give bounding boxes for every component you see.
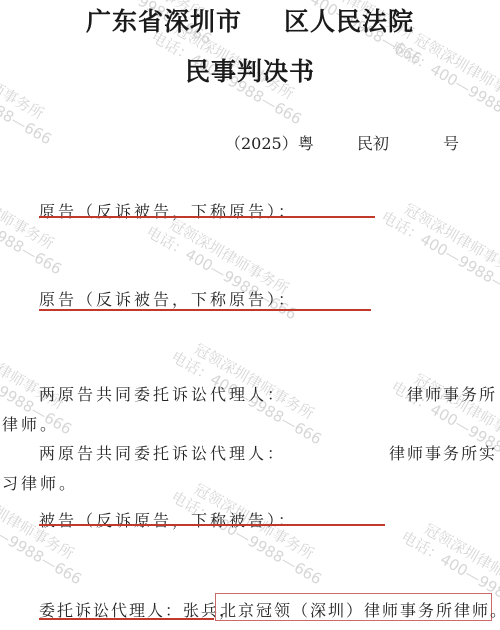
agent-2-firm: 律师事务所实 [389,441,497,464]
watermark: 冠领深圳律师事务所电话：400—9988—666 [392,200,500,308]
agent-2-label: 两原告共同委托诉讼代理人： [39,441,286,464]
red-underline [39,618,214,620]
plaintiff-1-label: 原告（反诉被告，下称原告）： [39,199,297,222]
plaintiff-2-label: 原告（反诉被告，下称原告）： [39,287,297,310]
red-underline [39,309,371,311]
watermark-layer: 冠领深圳律师事务所电话：400—9988—666 冠领深圳律师事务所电话：400… [0,0,500,630]
agent-1-firm: 律师事务所 [407,382,497,405]
agent-1-cont: 律师。 [2,412,59,435]
court-title: 广东省深圳市区人民法院 [0,2,500,38]
agent-1-label: 两原告共同委托诉讼代理人： [39,382,286,405]
defendant-agent-firm: 北京冠领（深圳）律师事务所律师。 [220,598,500,621]
defendant-label: 被告（反诉原告，下称被告）： [39,508,297,531]
agent-2-cont: 习律师。 [2,471,78,494]
document-title: 民事判决书 [0,52,500,88]
watermark: 冠领深圳律师事务所电话：400—9988—666 [182,480,334,588]
red-underline [39,216,375,218]
watermark: 冠领深圳律师事务所电话：400—9988—666 [0,480,94,588]
red-underline [39,524,385,526]
watermark: 冠领深圳律师事务所电话：400—9988—666 [0,170,74,278]
